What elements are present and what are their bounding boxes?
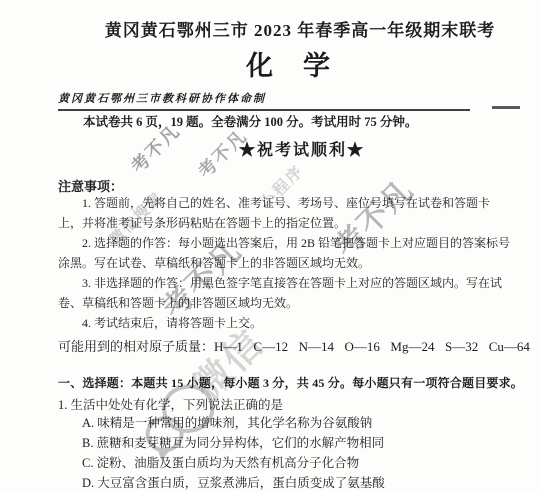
question1-option-d: D. 大豆富含蛋白质，豆浆煮沸后，蛋白质变成了氨基酸: [82, 473, 385, 492]
exam-wish-line: ★祝考试顺利★: [58, 137, 510, 160]
note-item-1: 1. 答题前，先将自己的姓名、准考证号、考场号、座位号填写在试卷和答题卡上，并将…: [58, 193, 510, 233]
atomic-mass-h: H—1: [214, 339, 243, 354]
subject-char-1: 化: [246, 51, 273, 81]
atomic-mass-c: C—12: [253, 339, 288, 355]
section1-header: 一、选择题：本题共 15 小题，每小题 3 分，共 45 分。每小题只有一项符合…: [58, 374, 520, 391]
subject-title: 化学: [36, 44, 540, 83]
question1-option-b: B. 蔗糖和麦芽糖互为同分异构体，它们的水解产物相同: [82, 433, 385, 453]
note-item-4: 4. 考试结束后，请将答题卡上交。: [58, 313, 510, 333]
note-item-3: 3. 非选择题的作答：用黑色签字笔直接答在答题卡上对应的答题区域内。写在试卷、草…: [58, 273, 510, 313]
exam-paper-page: 考不凡 考不凡 微信搜索 考不凡 考不凡 小程序 微信 黄冈黄石鄂州三市 202…: [0, 0, 540, 492]
atomic-mass-cu: Cu—64: [489, 339, 530, 355]
exam-title: 黄冈黄石鄂州三市 2023 年春季高一年级期末联考: [60, 16, 540, 41]
exam-info-line: 本试卷共 6 页，19 题。全卷满分 100 分。考试用时 75 分钟。: [58, 112, 510, 130]
atomic-mass-label: 可能用到的相对原子质量：: [58, 339, 214, 354]
notes-list: 1. 答题前，先将自己的姓名、准考证号、考场号、座位号填写在试卷和答题卡上，并将…: [58, 193, 510, 333]
credit-line: 黄冈黄石鄂州三市教科研协作体命制: [58, 90, 470, 111]
note-item-2: 2. 选择题的作答：每小题选出答案后，用 2B 铅笔把答题卡上对应题目的答案标号…: [58, 233, 510, 273]
atomic-mass-mg: Mg—24: [390, 339, 434, 355]
question1-option-a: A. 味精是一种常用的增味剂，其化学名称为谷氨酸钠: [82, 413, 385, 433]
question1-options: A. 味精是一种常用的增味剂，其化学名称为谷氨酸钠 B. 蔗糖和麦芽糖互为同分异…: [82, 413, 385, 492]
question1-option-c: C. 淀粉、油脂及蛋白质均为天然有机高分子化合物: [82, 453, 385, 473]
subject-char-2: 学: [303, 51, 330, 81]
atomic-mass-line: 可能用到的相对原子质量：H—1 C—12 N—14 O—16 Mg—24 S—3…: [58, 336, 530, 355]
atomic-mass-s: S—32: [445, 339, 478, 355]
credit-text: 黄冈黄石鄂州三市教科研协作体命制: [58, 93, 266, 105]
atomic-mass-o: O—16: [345, 339, 380, 355]
question1-stem: 1. 生活中处处有化学，下列说法正确的是: [58, 395, 283, 413]
atomic-mass-n: N—14: [299, 339, 334, 355]
margin-dash: [492, 106, 520, 109]
atomic-mass-label-group: 可能用到的相对原子质量：H—1: [58, 336, 243, 355]
